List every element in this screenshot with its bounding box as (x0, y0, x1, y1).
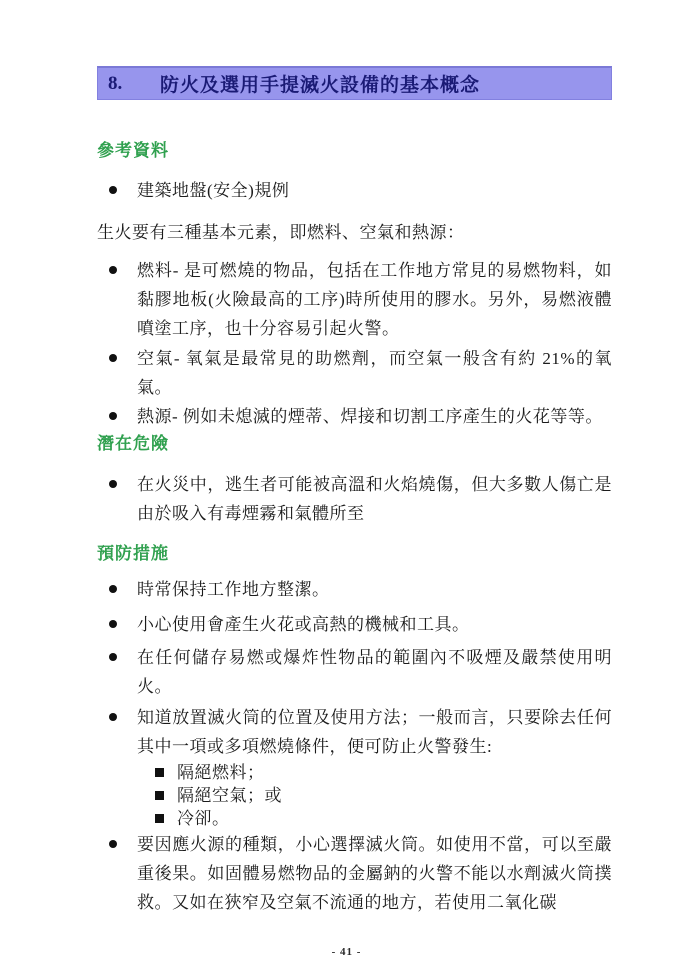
sub-list-item: 隔絕燃料； (137, 761, 612, 784)
list-item-text: 在任何儲存易燃或爆炸性物品的範圍內不吸煙及嚴禁使用明火。 (137, 643, 612, 701)
heading-hazards: 潛在危險 (97, 433, 612, 455)
list-item-text: 燃料- 是可燃燒的物品，包括在工作地方常見的易燃物料，如黏膠地板(火險最高的工序… (137, 256, 612, 343)
list-item: 建築地盤(安全)規例 (97, 176, 612, 205)
page-title: 防火及選用手提滅火設備的基本概念 (160, 70, 480, 97)
list-item-text: 熱源- 例如未熄滅的煙蒂、焊接和切割工序產生的火花等等。 (137, 402, 612, 431)
list-item-text: 知道放置滅火筒的位置及使用方法；一般而言，只要除去任何其中一項或多項燃燒條件，便… (137, 708, 612, 756)
list-item-text: 空氣- 氧氣是最常見的助燃劑，而空氣一般含有約 21%的氧氣。 (137, 344, 612, 402)
list-item: 空氣- 氧氣是最常見的助燃劑，而空氣一般含有約 21%的氧氣。 (97, 344, 612, 402)
page-content: 8. 防火及選用手提滅火設備的基本概念 參考資料 建築地盤(安全)規例 生火要有… (97, 66, 612, 917)
square-bullet-icon (155, 791, 164, 800)
list-item-text: 時常保持工作地方整潔。 (137, 575, 612, 604)
list-item: 要因應火源的種類，小心選擇滅火筒。如使用不當，可以至嚴重後果。如固體易燃物品的金… (97, 830, 612, 917)
bullet-icon (109, 713, 117, 721)
page-number: - 41 - (0, 946, 693, 958)
bullet-icon (109, 412, 117, 420)
bullet-icon (109, 354, 117, 362)
bullet-icon (109, 620, 117, 628)
sub-list: 隔絕燃料； 隔絕空氣；或 冷卻。 (137, 761, 612, 830)
sub-list-item-text: 冷卻。 (177, 807, 230, 830)
heading-reference: 參考資料 (97, 140, 612, 162)
bullet-icon (109, 266, 117, 274)
sub-list-item-text: 隔絕空氣；或 (177, 784, 282, 807)
section-number: 8. (108, 73, 160, 95)
sub-list-item: 冷卻。 (137, 807, 612, 830)
list-item-text: 要因應火源的種類，小心選擇滅火筒。如使用不當，可以至嚴重後果。如固體易燃物品的金… (137, 830, 612, 917)
list-item: 小心使用會產生火花或高熱的機械和工具。 (97, 610, 612, 639)
intro-paragraph: 生火要有三種基本元素，即燃料、空氣和熱源： (97, 218, 612, 247)
square-bullet-icon (155, 814, 164, 823)
list-item: 時常保持工作地方整潔。 (97, 575, 612, 604)
list-item: 在任何儲存易燃或爆炸性物品的範圍內不吸煙及嚴禁使用明火。 (97, 643, 612, 701)
sub-list-item-text: 隔絕燃料； (177, 761, 265, 784)
list-item-text: 在火災中，逃生者可能被高溫和火焰燒傷，但大多數人傷亡是由於吸入有毒煙霧和氣體所至 (137, 470, 612, 528)
list-item: 燃料- 是可燃燒的物品，包括在工作地方常見的易燃物料，如黏膠地板(火險最高的工序… (97, 256, 612, 343)
bullet-icon (109, 585, 117, 593)
list-item: 在火災中，逃生者可能被高溫和火焰燒傷，但大多數人傷亡是由於吸入有毒煙霧和氣體所至 (97, 470, 612, 528)
document-page: 8. 防火及選用手提滅火設備的基本概念 參考資料 建築地盤(安全)規例 生火要有… (0, 0, 693, 980)
list-item: 知道放置滅火筒的位置及使用方法；一般而言，只要除去任何其中一項或多項燃燒條件，便… (97, 703, 612, 830)
bullet-icon (109, 840, 117, 848)
bullet-icon (109, 653, 117, 661)
list-item-text: 建築地盤(安全)規例 (137, 176, 612, 205)
section-title-bar: 8. 防火及選用手提滅火設備的基本概念 (97, 66, 612, 100)
sub-list-item: 隔絕空氣；或 (137, 784, 612, 807)
bullet-icon (109, 480, 117, 488)
bullet-icon (109, 186, 117, 194)
square-bullet-icon (155, 768, 164, 777)
heading-precautions: 預防措施 (97, 543, 612, 565)
list-item-text: 小心使用會產生火花或高熱的機械和工具。 (137, 610, 612, 639)
list-item: 熱源- 例如未熄滅的煙蒂、焊接和切割工序產生的火花等等。 (97, 402, 612, 431)
